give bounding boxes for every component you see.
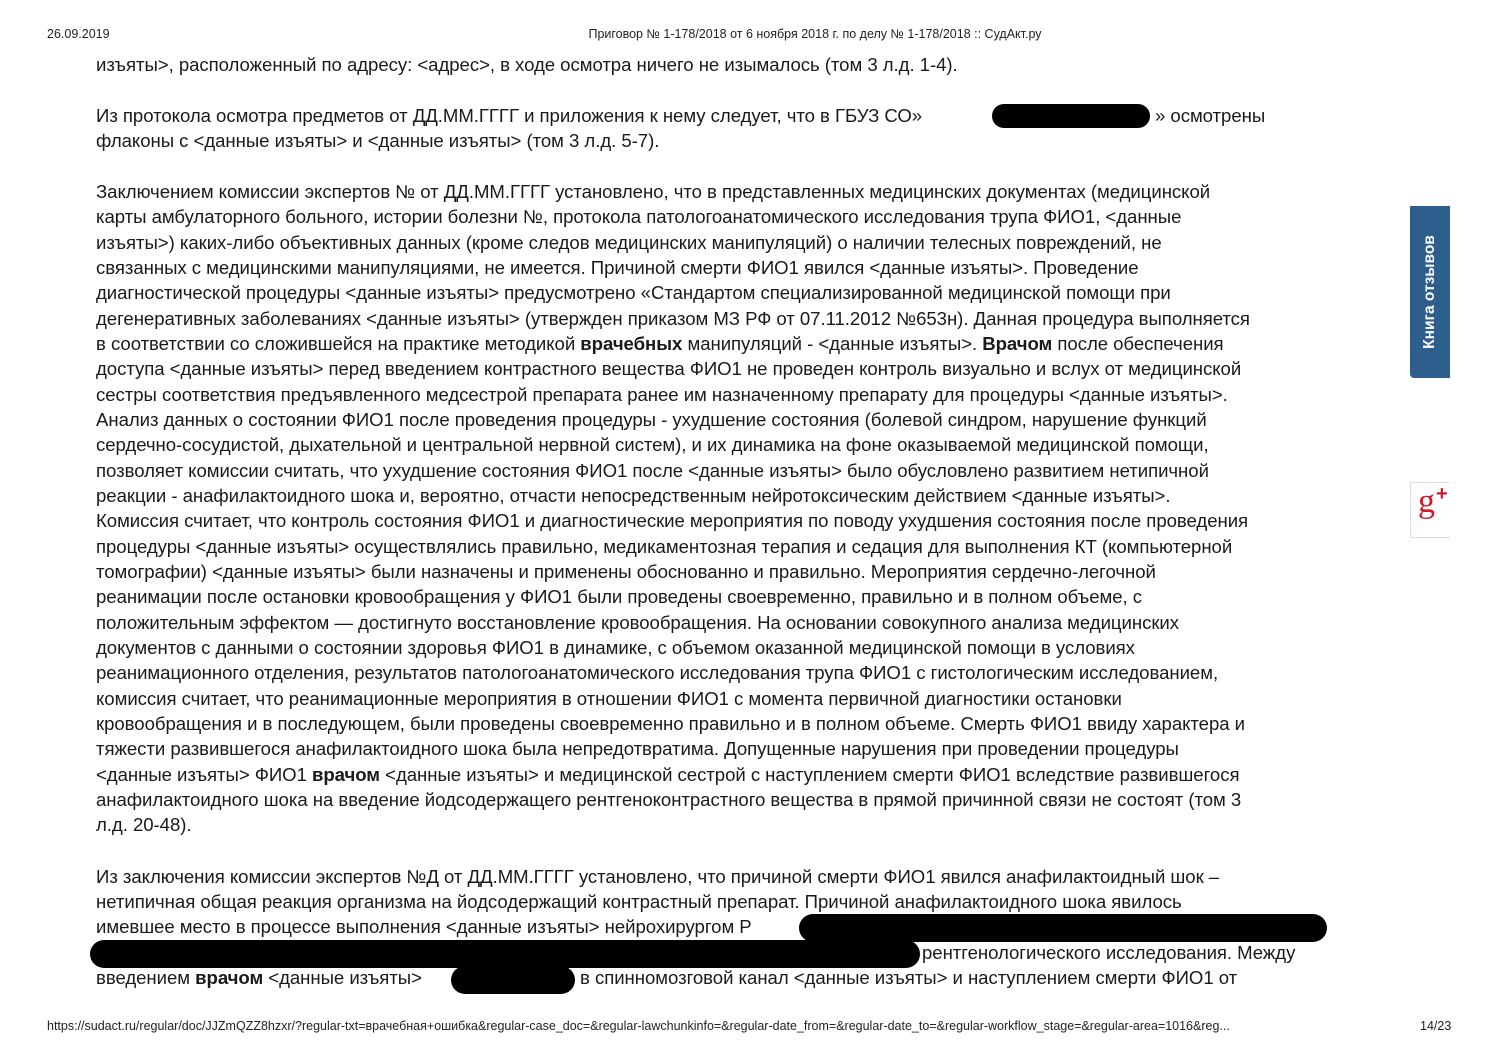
text-line: л.д. 20-48).	[96, 814, 192, 836]
text-span: после обеспечения	[1052, 333, 1223, 354]
text-span: введением	[96, 967, 195, 988]
bold-highlight: врачом	[195, 967, 263, 988]
text-line: имевшее место в процессе выполнения <дан…	[96, 916, 752, 938]
text-line: тяжести развившегося анафилактоидного шо…	[96, 738, 1179, 760]
text-line: <данные изъяты> ФИО1 врачом <данные изъя…	[96, 764, 1239, 786]
text-line: карты амбулаторного больного, истории бо…	[96, 206, 1181, 228]
text-span: <данные изъяты> и медицинской сестрой с …	[380, 764, 1239, 785]
text-line: Комиссия считает, что контроль состояния…	[96, 510, 1248, 532]
feedback-book-tab[interactable]: Книга отзывов	[1410, 206, 1450, 378]
redaction-block	[451, 966, 575, 994]
text-line: положительным эффектом — достигнуто восс…	[96, 612, 1179, 634]
text-line: позволяет комиссии считать, что ухудшени…	[96, 460, 1209, 482]
feedback-book-label: Книга отзывов	[1421, 235, 1439, 349]
bold-highlight: врачом	[312, 764, 380, 785]
text-line: Из заключения комиссии экспертов №Д от Д…	[96, 866, 1219, 888]
text-span: <данные изъяты> ФИО1	[96, 764, 312, 785]
text-line: Из протокола осмотра предметов от ДД.ММ.…	[96, 105, 922, 127]
bold-highlight: врачебных	[580, 333, 682, 354]
page-url: https://sudact.ru/regular/doc/JJZmQZZ8hz…	[47, 1019, 1230, 1033]
text-line: флаконы с <данные изъяты> и <данные изъя…	[96, 130, 659, 152]
text-line: изъяты>) каких-либо объективных данных (…	[96, 232, 1162, 254]
text-line: в спинномозговой канал <данные изъяты> и…	[580, 967, 1237, 989]
text-line: » осмотрены	[1155, 105, 1265, 127]
text-line: кровообращения и в последующем, были про…	[96, 713, 1245, 735]
text-line: реанимационного отделения, результатов п…	[96, 662, 1218, 684]
text-line: диагностической процедуры <данные изъяты…	[96, 282, 1171, 304]
google-plus-button[interactable]: g +	[1410, 482, 1450, 538]
text-line: Заключением комиссии экспертов № от ДД.М…	[96, 181, 1210, 203]
text-line: реакции - анафилактоидного шока и, вероя…	[96, 485, 1170, 507]
text-line: процедуры <данные изъяты> осуществлялись…	[96, 536, 1232, 558]
text-line: томографии) <данные изъяты> были назначе…	[96, 561, 1156, 583]
text-line: Анализ данных о состоянии ФИО1 после про…	[96, 409, 1207, 431]
redaction-block	[992, 104, 1150, 128]
redaction-block	[799, 914, 1327, 942]
text-line: реанимации после остановки кровообращени…	[96, 586, 1142, 608]
text-line: дегенеративных заболеваниях <данные изъя…	[96, 308, 1250, 330]
text-line: комиссия считает, что реанимационные мер…	[96, 688, 1122, 710]
google-plus-icon: g	[1418, 485, 1435, 519]
text-span: <данные изъяты>	[263, 967, 422, 988]
text-line: рентгенологического исследования. Между	[922, 942, 1295, 964]
text-line: сестры соответствия предъявленного медсе…	[96, 384, 1228, 406]
bold-highlight: Врачом	[982, 333, 1052, 354]
text-line: связанных с медицинскими манипуляциями, …	[96, 257, 1139, 279]
page-number: 14/23	[1420, 1019, 1451, 1033]
text-line: документов с данными о состоянии здоровь…	[96, 637, 1135, 659]
plus-icon: +	[1436, 484, 1448, 504]
text-span: в соответствии со сложившейся на практик…	[96, 333, 580, 354]
text-line: доступа <данные изъяты> перед введением …	[96, 358, 1241, 380]
text-line: в соответствии со сложившейся на практик…	[96, 333, 1224, 355]
text-line: изъяты>, расположенный по адресу: <адрес…	[96, 54, 958, 76]
text-span: манипуляций - <данные изъяты>.	[682, 333, 982, 354]
text-line: сердечно-сосудистой, дыхательной и центр…	[96, 434, 1209, 456]
redaction-block	[90, 940, 920, 968]
text-line: введением врачом <данные изъяты>	[96, 967, 422, 989]
page-title: Приговор № 1-178/2018 от 6 ноября 2018 г…	[0, 27, 1500, 41]
text-line: анафилактоидного шока на введение йодсод…	[96, 789, 1241, 811]
text-line: нетипичная общая реакция организма на йо…	[96, 891, 1182, 913]
